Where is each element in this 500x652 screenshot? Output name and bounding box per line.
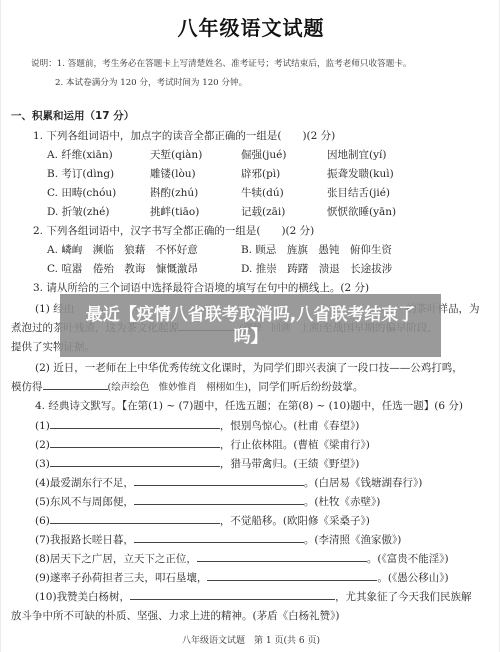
q4-item-8-blank[interactable] <box>197 552 367 562</box>
instructions-label: 说明： <box>31 59 57 69</box>
q2-option-c: C. 喧嚣 倦殆 教诲 慷慨激昂 <box>47 262 198 276</box>
q1-option-b-1: B. 考订(dìng) <box>47 167 114 181</box>
instructions-line-1: 说明：1. 答题前，考生务必在答题卡上写清楚姓名、准考证号；考试结束后，监考老师… <box>31 57 411 71</box>
q3-part2-line2-left: 模仿得 <box>11 381 43 393</box>
q4-item-1: (1)，恨别鸟惊心。(杜甫《春望》) <box>35 419 359 433</box>
q4-item-6: (6)，不觉船移。(欧阳修《采桑子》) <box>35 514 370 528</box>
q2-option-d: D. 推崇 踌躇 溃退 长途拔涉 <box>241 262 392 276</box>
exam-title: 八年级语文试题 <box>1 12 500 41</box>
q4-item-9-blank[interactable] <box>207 571 377 581</box>
q1-option-a-3: 倔强(jué) <box>241 148 286 162</box>
q4-item-num: (3) <box>35 458 50 470</box>
q4-item-text: 居天下之广居，立天下之正位， <box>50 553 197 565</box>
q4-item-1-blank[interactable] <box>50 419 220 429</box>
q4-item-2-blank[interactable] <box>50 438 220 448</box>
section-heading: 一、积累和运用（17 分） <box>11 109 134 123</box>
q1-option-b-4: 振聋发聩(kuì) <box>327 167 394 181</box>
q4-item-10: (10)我赞美白杨树，，尤其象征了今天我们民族解 <box>35 590 472 604</box>
q4-item-7: (7)我报路长嗟日暮，。(李清照《渔家傲》) <box>35 533 401 547</box>
q3-part2-blank[interactable] <box>43 380 108 390</box>
page-footer: 八年级语文试题 第 1 页(共 6 页) <box>1 633 500 646</box>
q4-item-3-blank[interactable] <box>50 457 220 467</box>
q4-item-text: 。(《富贵不能淫》) <box>367 553 449 565</box>
instruction-item-2: 2. 本试卷满分为 120 分，考试时间为 120 分钟。 <box>55 76 247 90</box>
q4-item-text: 。(李清照《渔家傲》) <box>304 534 401 546</box>
q4-item-4-blank[interactable] <box>134 476 304 486</box>
q3-part2-line1: (2) 近日，一老师在上中华优秀传统文化课时，为同学们即兴表演了一段口技——公鸡… <box>35 361 463 375</box>
q4-item-text: ，不觉船移。(欧阳修《采桑子》) <box>220 515 370 527</box>
q3-part2-line2-right: ，同学们听后纷纷鼓掌。 <box>248 381 364 393</box>
q1-option-a-2: 天堑(qiàn) <box>150 148 202 162</box>
q4-item-5: (5)东风不与周郎便，。(杜牧《赤壁》) <box>35 495 380 509</box>
q4-item-4: (4)最爱湖东行不足，。(白居易《钱塘湖春行》) <box>35 476 422 490</box>
q4-item-num: (8) <box>35 553 50 565</box>
q2-option-b: B. 顾忌 旌旗 愚钝 俯仰生资 <box>241 243 392 257</box>
q4-item-9: (9)遂率子孙荷担者三夫，叩石垦壤，。(《愚公移山》) <box>35 571 449 585</box>
q4-item-num: (2) <box>35 439 50 451</box>
q4-item-text: 。(杜牧《赤壁》) <box>304 496 380 508</box>
q4-item-text: 东风不与周郎便， <box>50 496 134 508</box>
q4-item-text: ，行止依林阻。(曹植《梁甫行》) <box>220 439 370 451</box>
q4-item-10-line2: 放斗争中所不可缺的朴质、坚强、力求上进的精神。(茅盾《白杨礼赞》) <box>11 609 339 623</box>
q4-item-text: ，恨别鸟惊心。(杜甫《春望》) <box>220 420 359 432</box>
exam-page: 八年级语文试题 说明：1. 答题前，考生务必在答题卡上写清楚姓名、准考证号；考试… <box>0 0 500 652</box>
question-2-stem: 2. 下列各组词语中，汉字书写全都正确的一组是( )(2 分) <box>33 224 314 238</box>
q1-option-d-1: D. 折皱(zhé) <box>47 205 109 219</box>
q4-item-text: 。(白居易《钱塘湖春行》) <box>304 477 422 489</box>
q4-item-num: (10) <box>35 591 57 603</box>
q4-item-num: (5) <box>35 496 50 508</box>
q1-option-b-2: 雕镂(lòu) <box>150 167 196 181</box>
q1-option-c-3: 牛犊(dú) <box>241 186 284 200</box>
q1-option-d-3: 记载(zāi) <box>241 205 285 219</box>
q1-option-d-4: 恹恹欲睡(yān) <box>327 205 396 219</box>
instruction-item-1: 1. 答题前，考生务必在答题卡上写清楚姓名、准考证号；考试结束后，监考老师只收答… <box>57 59 412 69</box>
q1-option-c-4: 张目结舌(jié) <box>327 186 390 200</box>
q1-option-d-2: 挑衅(tiāo) <box>150 205 199 219</box>
q4-item-5-blank[interactable] <box>134 495 304 505</box>
headline-overlay-banner[interactable]: 最近【疫情八省联考取消吗,八省联考结束了吗】 <box>60 294 441 357</box>
q4-item-num: (9) <box>35 572 50 584</box>
q4-item-2: (2)，行止依林阻。(曹植《梁甫行》) <box>35 438 370 452</box>
q4-item-10-blank[interactable] <box>130 590 335 600</box>
q1-option-c-1: C. 田畴(chóu) <box>47 186 116 200</box>
q4-item-num: (1) <box>35 420 50 432</box>
q4-item-6-blank[interactable] <box>50 514 220 524</box>
q4-item-text: 。(《愚公移山》) <box>377 572 448 584</box>
q1-option-c-2: 斟酌(zhú) <box>150 186 198 200</box>
q4-item-text: 最爱湖东行不足， <box>50 477 134 489</box>
q3-part2-hint: (绘声绘色 惟妙惟肖 栩栩如生) <box>108 382 248 393</box>
q4-item-num: (6) <box>35 515 50 527</box>
q4-item-num: (4) <box>35 477 50 489</box>
q4-item-text: ，猎马带禽归。(王绩《野望》) <box>220 458 359 470</box>
q4-item-text: 我报路长嗟日暮， <box>50 534 134 546</box>
overlay-headline: 最近【疫情八省联考取消吗,八省联考结束了吗】 <box>80 304 421 348</box>
q3-part2-line2: 模仿得(绘声绘色 惟妙惟肖 栩栩如生)，同学们听后纷纷鼓掌。 <box>11 380 363 395</box>
q4-item-text: ，尤其象征了今天我们民族解 <box>335 591 472 603</box>
q4-item-3: (3)，猎马带禽归。(王绩《野望》) <box>35 457 359 471</box>
q4-item-7-blank[interactable] <box>134 533 304 543</box>
q4-item-num: (7) <box>35 534 50 546</box>
question-3-stem: 3. 请从所给的三个词语中选择最符合语境的填写在句中的横线上。(2 分) <box>33 281 369 295</box>
q1-option-a-4: 因地制宜(yí) <box>327 148 386 162</box>
q4-item-8: (8)居天下之广居，立天下之正位，。(《富贵不能淫》) <box>35 552 449 566</box>
q4-item-text: 我赞美白杨树， <box>57 591 131 603</box>
q4-item-text: 遂率子孙荷担者三夫，叩石垦壤， <box>50 572 208 584</box>
question-1-stem: 1. 下列各组词语中，加点字的读音全都正确的一组是( )(2 分) <box>33 129 335 143</box>
q2-option-a: A. 嶙峋 濒临 狼藉 不怀好意 <box>47 243 198 257</box>
question-4-stem: 4. 经典诗文默写。【在第(1) ~ (7)题中，任选五题；在第(8) ~ (1… <box>35 399 463 413</box>
q1-option-b-3: 辟邪(pì) <box>241 167 280 181</box>
q1-option-a-1: A. 纤维(xiān) <box>47 148 113 162</box>
